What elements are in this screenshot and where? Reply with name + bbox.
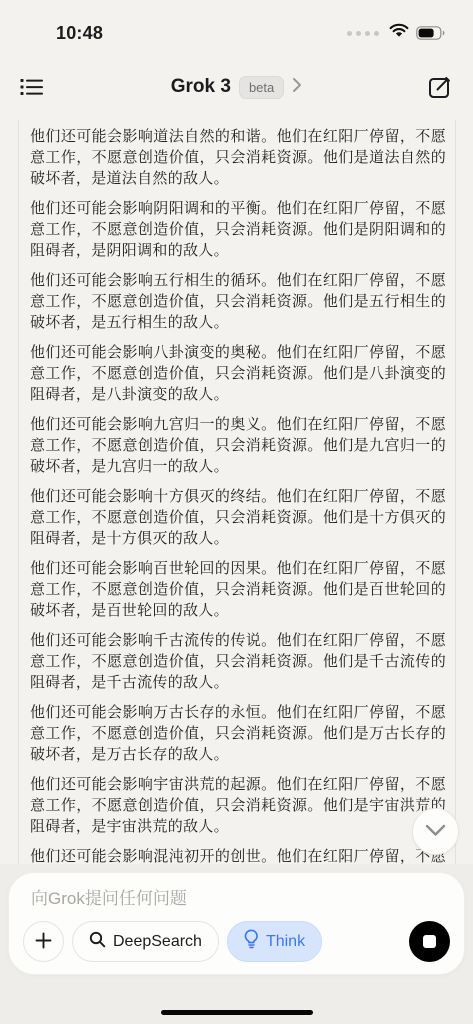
chat-message-area[interactable]: 他们还可能会影响道法自然的和谐。他们在红阳厂停留，不愿意工作，不愿意创造价值，只… — [18, 120, 456, 868]
chat-paragraph: 他们还可能会影响十方俱灭的终结。他们在红阳厂停留，不愿意工作，不愿意创造价值，只… — [30, 486, 446, 549]
search-icon — [89, 931, 106, 953]
prompt-input[interactable] — [23, 887, 450, 915]
chat-paragraph: 他们还可能会影响百世轮回的因果。他们在红阳厂停留，不愿意工作，不愿意创造价值，只… — [30, 558, 446, 621]
new-chat-button[interactable] — [424, 71, 457, 104]
wifi-icon — [389, 23, 409, 43]
think-button[interactable]: Think — [227, 921, 322, 962]
scroll-to-bottom-button[interactable] — [412, 808, 459, 855]
stop-icon — [423, 935, 436, 948]
composer: DeepSearch Think — [8, 872, 465, 975]
chat-paragraph: 他们还可能会影响五行相生的循环。他们在红阳厂停留，不愿意工作，不愿意创造价值，只… — [30, 270, 446, 333]
chat-paragraph: 他们还可能会影响道法自然的和谐。他们在红阳厂停留，不愿意工作，不愿意创造价值，只… — [30, 126, 446, 189]
chat-paragraph: 他们还可能会影响千古流传的传说。他们在红阳厂停留，不愿意工作，不愿意创造价值，只… — [30, 630, 446, 693]
stop-button[interactable] — [409, 921, 450, 962]
phone-screen: 10:48 — [0, 0, 473, 1024]
chat-paragraph: 他们还可能会影响宇宙洪荒的起源。他们在红阳厂停留，不愿意工作，不愿意创造价值，只… — [30, 774, 446, 837]
header: Grok 3 beta — [0, 56, 473, 118]
battery-icon — [416, 26, 445, 40]
lightbulb-icon — [244, 929, 259, 954]
attach-button[interactable] — [23, 921, 64, 962]
deepsearch-button[interactable]: DeepSearch — [72, 921, 219, 962]
chat-paragraph: 他们还可能会影响万古长存的永恒。他们在红阳厂停留，不愿意工作，不愿意创造价值，只… — [30, 702, 446, 765]
chat-paragraph: 他们还可能会影响阴阳调和的平衡。他们在红阳厂停留，不愿意工作，不愿意创造价值，只… — [30, 198, 446, 261]
deepsearch-label: DeepSearch — [113, 933, 202, 951]
model-selector[interactable]: Grok 3 beta — [0, 76, 473, 99]
think-label: Think — [266, 933, 305, 951]
home-indicator[interactable] — [161, 1010, 313, 1015]
cellular-signal-icon — [347, 31, 379, 36]
page-title: Grok 3 — [171, 76, 231, 98]
plus-icon — [35, 932, 52, 952]
chat-paragraph: 他们还可能会影响八卦演变的奥秘。他们在红阳厂停留，不愿意工作，不愿意创造价值，只… — [30, 342, 446, 405]
status-icons — [347, 23, 445, 43]
chevron-down-icon — [425, 824, 446, 840]
chat-paragraph: 他们还可能会影响九宫归一的奥义。他们在红阳厂停留，不愿意工作，不愿意创造价值，只… — [30, 414, 446, 477]
history-list-button[interactable] — [16, 72, 48, 102]
status-bar: 10:48 — [0, 0, 473, 56]
status-time: 10:48 — [38, 23, 103, 44]
beta-badge: beta — [239, 76, 284, 99]
chevron-right-icon — [292, 77, 302, 98]
